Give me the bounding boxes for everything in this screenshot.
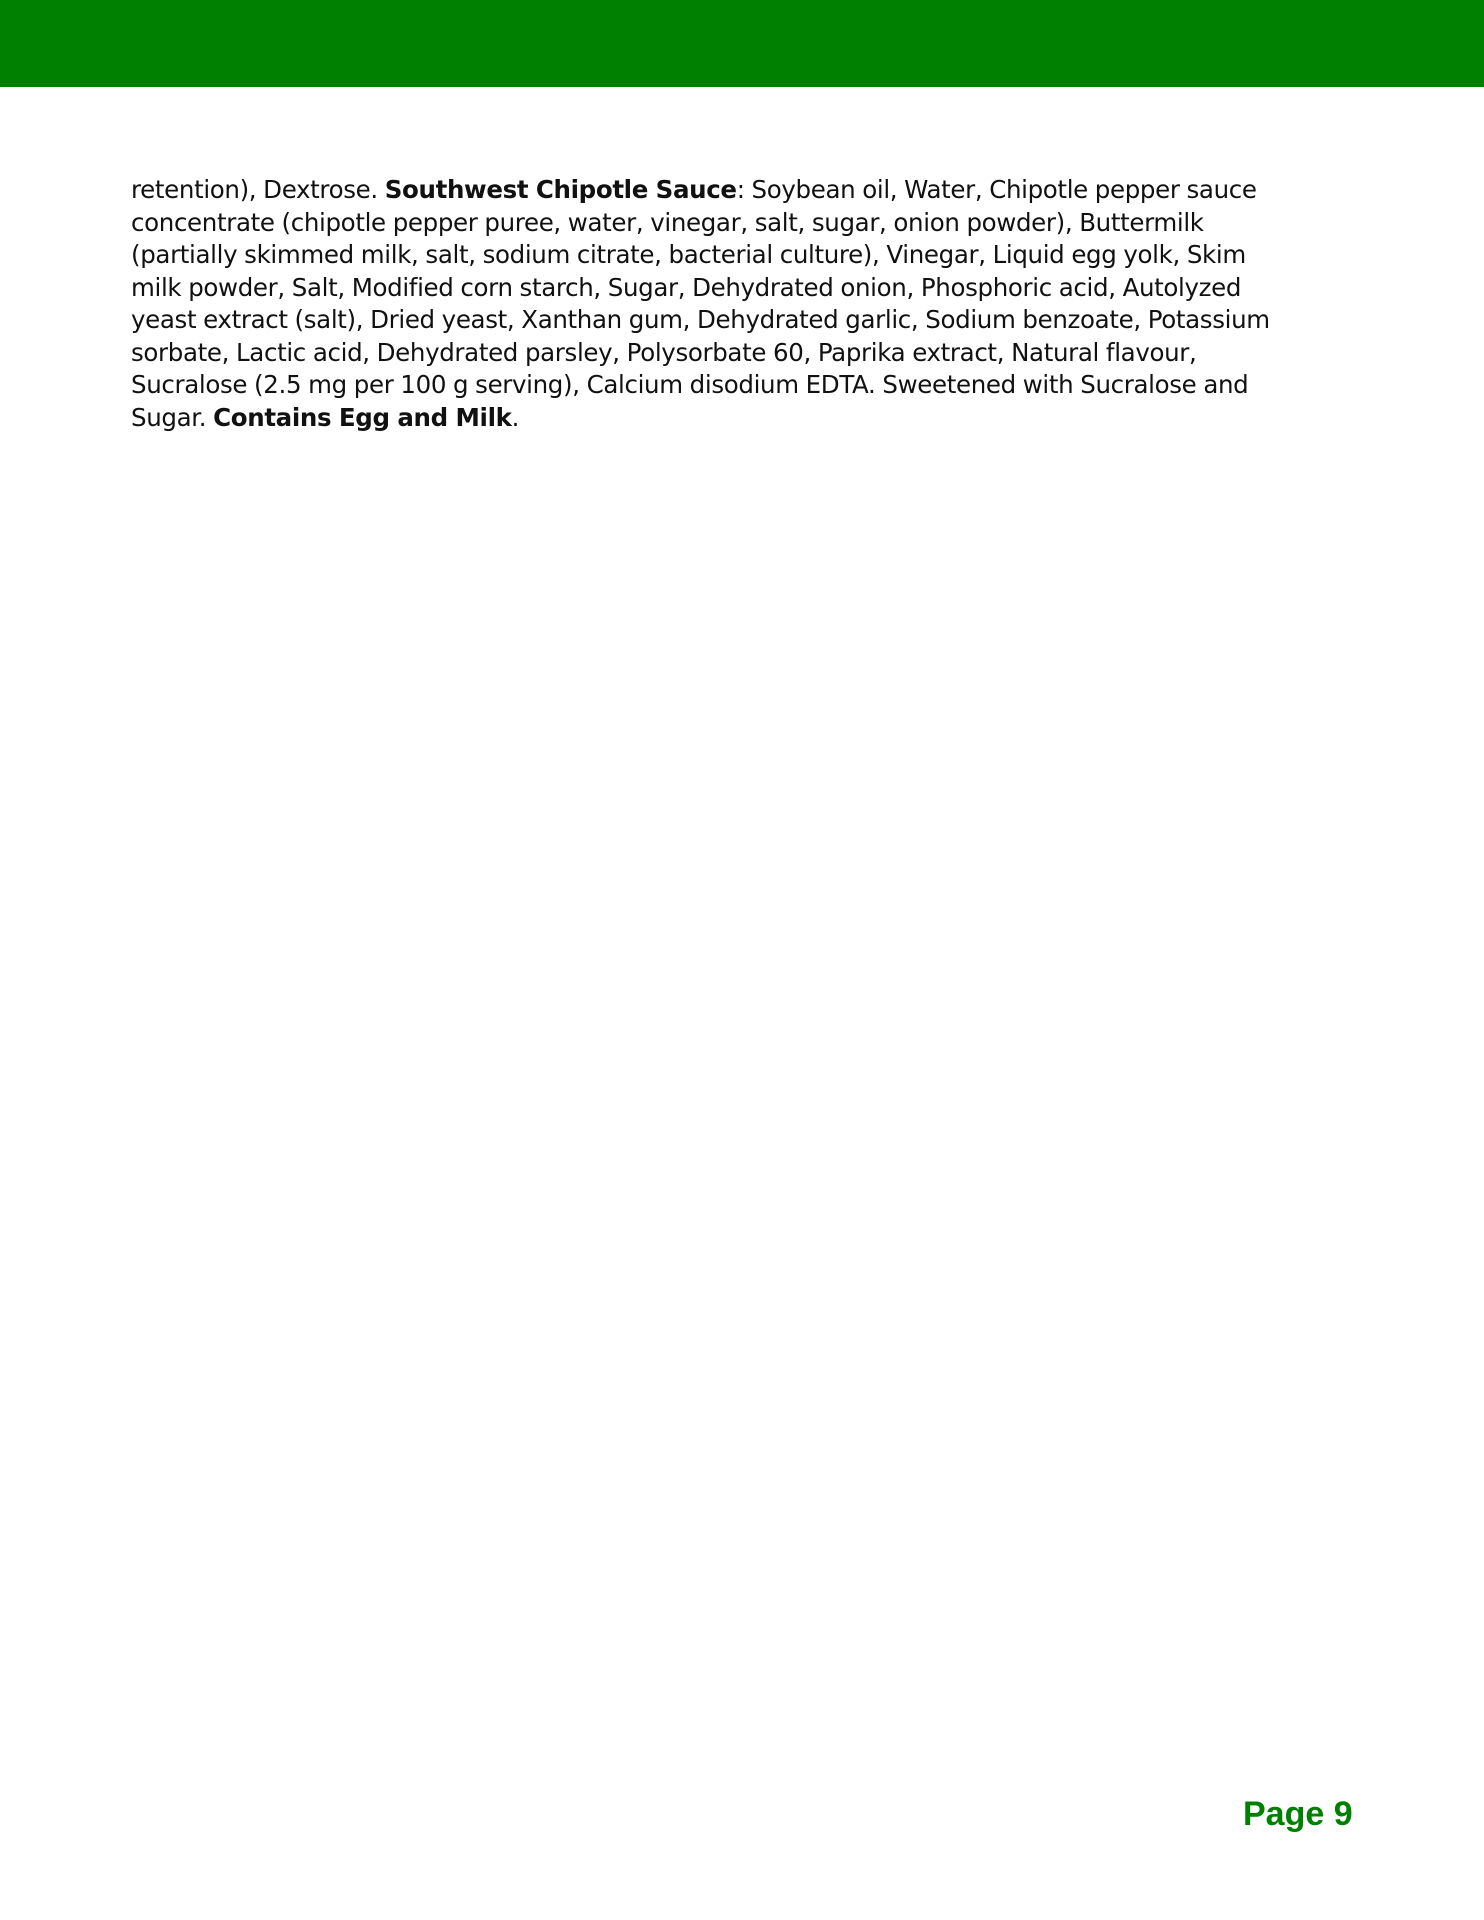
text-segment: retention), Dextrose. [131, 175, 385, 204]
page-number: Page 9 [1243, 1794, 1353, 1834]
text-segment: : Soybean oil, Water, Chipotle pepper sa… [737, 175, 1257, 204]
text-line: milk powder, Salt, Modified corn starch,… [131, 272, 1371, 305]
text-line: sorbate, Lactic acid, Dehydrated parsley… [131, 337, 1371, 370]
text-segment: yeast extract (salt), Dried yeast, Xanth… [131, 305, 1270, 334]
text-line: Sucralose (2.5 mg per 100 g serving), Ca… [131, 369, 1371, 402]
text-line: (partially skimmed milk, salt, sodium ci… [131, 239, 1371, 272]
section-heading-southwest-chipotle-sauce: Southwest Chipotle Sauce [385, 175, 737, 204]
text-line: Sugar. Contains Egg and Milk. [131, 402, 1371, 435]
text-line: retention), Dextrose. Southwest Chipotle… [131, 174, 1371, 207]
text-segment: Sucralose (2.5 mg per 100 g serving), Ca… [131, 370, 1248, 399]
text-line: yeast extract (salt), Dried yeast, Xanth… [131, 304, 1371, 337]
text-segment: Sugar. [131, 403, 213, 432]
header-bar [0, 0, 1484, 87]
text-segment: milk powder, Salt, Modified corn starch,… [131, 273, 1241, 302]
ingredients-paragraph: retention), Dextrose. Southwest Chipotle… [131, 174, 1371, 434]
text-segment: concentrate (chipotle pepper puree, wate… [131, 208, 1204, 237]
allergen-statement: Contains Egg and Milk [213, 403, 511, 432]
text-segment: (partially skimmed milk, salt, sodium ci… [131, 240, 1246, 269]
text-segment: sorbate, Lactic acid, Dehydrated parsley… [131, 338, 1196, 367]
text-segment: . [512, 403, 519, 432]
text-line: concentrate (chipotle pepper puree, wate… [131, 207, 1371, 240]
